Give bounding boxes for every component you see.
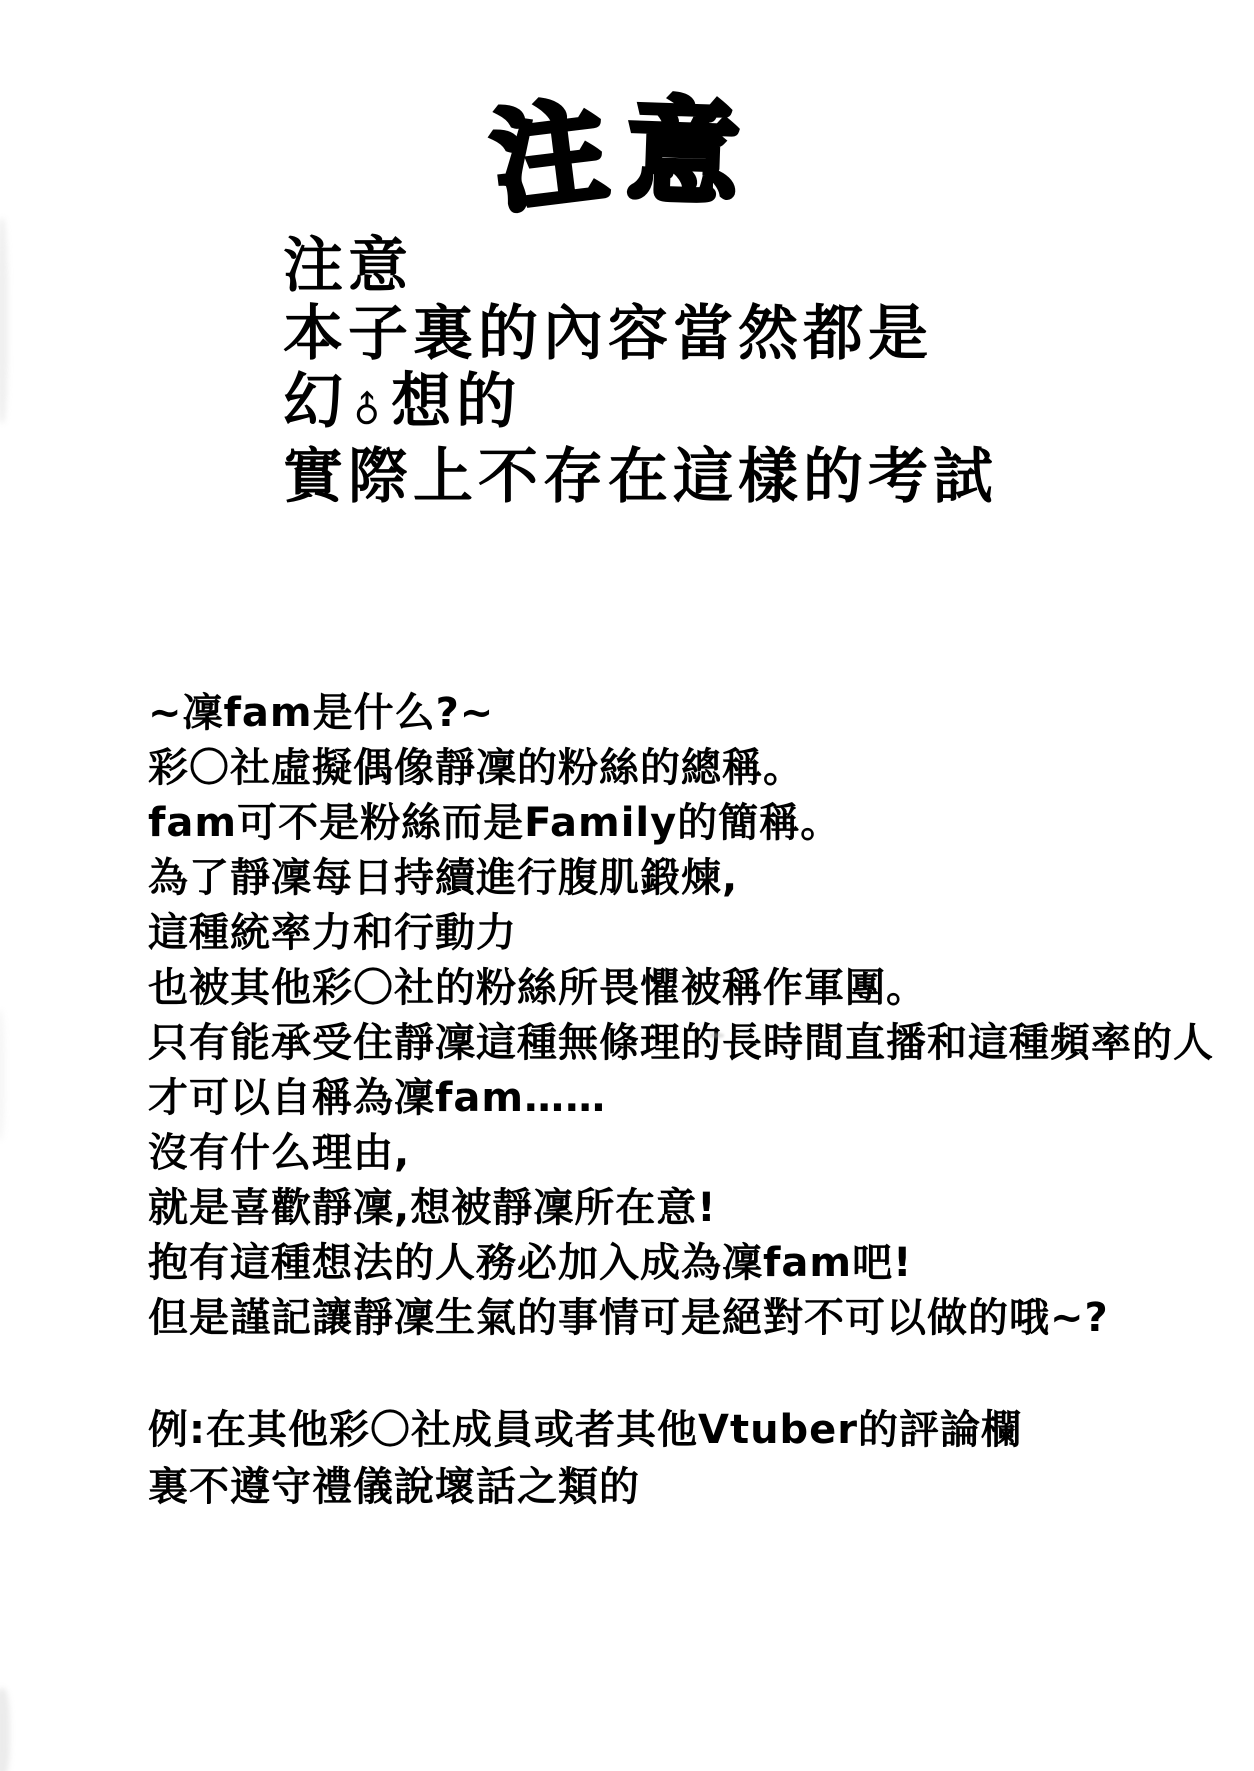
scan-artifact <box>0 218 8 423</box>
scan-artifact <box>0 1010 5 1140</box>
text-line: 沒有什么理由, <box>148 1126 1214 1181</box>
disclaimer-line: 實際上不存在這樣的考試 <box>283 443 998 511</box>
text-line: ~凜fam是什么?~ <box>148 686 1214 741</box>
text-line: 也被其他彩〇社的粉絲所畏懼被稱作軍團。 <box>148 961 1214 1016</box>
text-line: fam可不是粉絲而是Family的簡稱。 <box>148 796 1214 851</box>
title-char: 注 <box>487 92 634 219</box>
text-line: 只有能承受住靜凜這種無條理的長時間直播和這種頻率的人 <box>148 1016 1214 1071</box>
scan-artifact <box>0 1688 10 1771</box>
text-line: 但是謹記讓靜凜生氣的事情可是絕對不可以做的哦~? <box>148 1291 1214 1346</box>
disclaimer-block: 注意 本子裏的內容當然都是 幻♂想的 實際上不存在這樣的考試 <box>283 232 998 511</box>
text-line: 才可以自稱為凜fam…… <box>148 1071 1214 1126</box>
page-title: 注意 <box>0 98 1254 210</box>
disclaimer-line: 注意 <box>283 232 998 300</box>
fantasy-line: 幻♂想的 <box>283 368 998 443</box>
fantasy-suffix: 想的 <box>391 367 521 437</box>
disclaimer-line: 本子裏的內容當然都是 <box>283 300 998 368</box>
rinfam-description: ~凜fam是什么?~ 彩〇社虛擬偶像靜凜的粉絲的總稱。 fam可不是粉絲而是Fa… <box>148 686 1214 1346</box>
text-line: 例:在其他彩〇社成員或者其他Vtuber的評論欄 <box>148 1402 1022 1459</box>
text-line: 彩〇社虛擬偶像靜凜的粉絲的總稱。 <box>148 741 1214 796</box>
text-line: 為了靜凜每日持續進行腹肌鍛煉, <box>148 851 1214 906</box>
text-line: 就是喜歡靜凜,想被靜凜所在意! <box>148 1181 1214 1236</box>
text-line: 裏不遵守禮儀說壞話之類的 <box>148 1459 1022 1516</box>
text-line: 這種統率力和行動力 <box>148 906 1214 961</box>
example-note: 例:在其他彩〇社成員或者其他Vtuber的評論欄 裏不遵守禮儀說壞話之類的 <box>148 1402 1022 1516</box>
title-char: 意 <box>625 96 763 213</box>
text-line: 抱有這種想法的人務必加入成為凜fam吧! <box>148 1236 1214 1291</box>
